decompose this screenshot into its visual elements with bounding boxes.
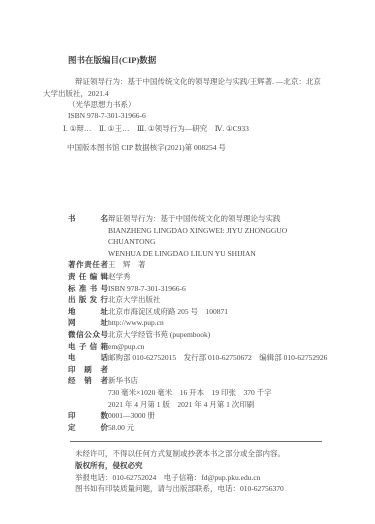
divider-rule <box>70 441 322 442</box>
quality-contact-line: 图书如有印装质量问题，请与出版部联系，电话：010-62756370 <box>75 483 335 495</box>
colophon-row: 出版发行北京大学出版社 <box>68 294 335 306</box>
colophon-row: 电子信箱em@pup.cn <box>68 341 335 353</box>
row-value: 58.00 元 <box>108 423 134 432</box>
colophon-row: 微信公众号北京大学经管书苑 (pupembook) <box>68 329 335 341</box>
row-value: em@pup.cn <box>108 342 144 351</box>
cip-section: 图书在版编目(CIP)数据 辩证领导行为：基于中国传统文化的领导理论与实践/王辉… <box>0 55 375 153</box>
row-value: 北京市海淀区成府路 205 号 100871 <box>108 307 228 316</box>
colophon-table: 书名辩证领导行为：基于中国传统文化的领导理论与实践BIANZHENG LINGD… <box>68 213 335 433</box>
colophon-row: 经销者新华书店 <box>68 375 335 387</box>
row-label: 定价 <box>68 422 108 434</box>
colophon-row: 电话邮购部 010-62752015 发行部 010-62750672 编辑部 … <box>68 352 335 364</box>
classification-line: Ⅰ. ①辩… Ⅱ. ①王… Ⅲ. ①领导行为—研究 Ⅳ. ①C933 <box>63 123 375 134</box>
row-label: 电话 <box>68 352 108 364</box>
row-value: ISBN 978-7-301-31966-6 <box>108 284 186 293</box>
row-label: 地址 <box>68 306 108 318</box>
colophon-row: 印数0001—3000 册 <box>68 410 335 422</box>
cip-record-number: 中国版本图书馆 CIP 数据核字(2021)第 008254 号 <box>67 142 375 153</box>
report-contact-line: 举报电话：010-62752024 电子信箱：fd@pup.pku.edu.cn <box>75 472 335 484</box>
row-value: 北京大学经管书苑 (pupembook) <box>108 330 210 339</box>
colophon-row: 地址北京市海淀区成府路 205 号 100871 <box>68 306 335 318</box>
row-label: 网址 <box>68 317 108 329</box>
row-label: 责任编辑 <box>68 271 108 283</box>
row-label: 印刷者 <box>68 364 108 376</box>
copyright-notice: 未经许可，不得以任何方式复制或抄袭本书之部分或全部内容。 <box>75 448 335 460</box>
row-extra-line: 730 毫米×1020 毫米 16 开本 19 印张 370 千字 <box>108 387 335 399</box>
row-value: 王 辉 著 <box>108 260 146 269</box>
footer-notices: 未经许可，不得以任何方式复制或抄袭本书之部分或全部内容。 版权所有，侵权必究 举… <box>75 448 335 495</box>
series-note: （光华思想力书系） <box>68 99 375 110</box>
row-label: 微信公众号 <box>68 329 108 341</box>
row-value: 辩证领导行为：基于中国传统文化的领导理论与实践 <box>108 214 281 223</box>
row-label: 出版发行 <box>68 294 108 306</box>
row-label: 标准书号 <box>68 283 108 295</box>
copyright-page: 图书在版编目(CIP)数据 辩证领导行为：基于中国传统文化的领导理论与实践/王辉… <box>0 0 375 524</box>
row-label: 印数 <box>68 410 108 422</box>
cip-header: 图书在版编目(CIP)数据 <box>68 55 375 66</box>
row-value: http://www.pup.cn <box>108 318 164 327</box>
colophon-row: 责任编辑赵学秀 <box>68 271 335 283</box>
cip-description: 辩证领导行为：基于中国传统文化的领导理论与实践/王辉著. —北京：北京大学出版社… <box>43 76 325 99</box>
row-extra-line: WENHUA DE LINGDAO LILUN YU SHIJIAN <box>108 248 335 260</box>
colophon-row: 标准书号ISBN 978-7-301-31966-6 <box>68 283 335 295</box>
row-value: 邮购部 010-62752015 发行部 010-62750672 编辑部 01… <box>108 353 327 362</box>
row-value: 北京大学出版社 <box>108 295 161 304</box>
rights-reserved-notice: 版权所有，侵权必究 <box>75 460 335 472</box>
row-label: 著作责任者 <box>68 259 108 271</box>
row-extra-line: BIANZHENG LINGDAO XINGWEI: JIYU ZHONGGUO… <box>108 225 335 248</box>
row-value: 赵学秀 <box>108 272 131 281</box>
row-value: 0001—3000 册 <box>108 411 155 420</box>
row-label: 电子信箱 <box>68 341 108 353</box>
colophon-row: 书名辩证领导行为：基于中国传统文化的领导理论与实践 <box>68 213 335 225</box>
row-value: 新华书店 <box>108 376 138 385</box>
colophon-row: 印刷者 <box>68 364 335 376</box>
colophon-row: 定价58.00 元 <box>68 422 335 434</box>
colophon-row: 著作责任者王 辉 著 <box>68 259 335 271</box>
row-label: 经销者 <box>68 375 108 387</box>
row-extra-line: 2021 年 4 月第 1 版 2021 年 4 月第 1 次印刷 <box>108 399 335 411</box>
row-label: 书名 <box>68 213 108 225</box>
colophon-row: 网址http://www.pup.cn <box>68 317 335 329</box>
isbn-line: ISBN 978-7-301-31966-6 <box>68 110 375 121</box>
